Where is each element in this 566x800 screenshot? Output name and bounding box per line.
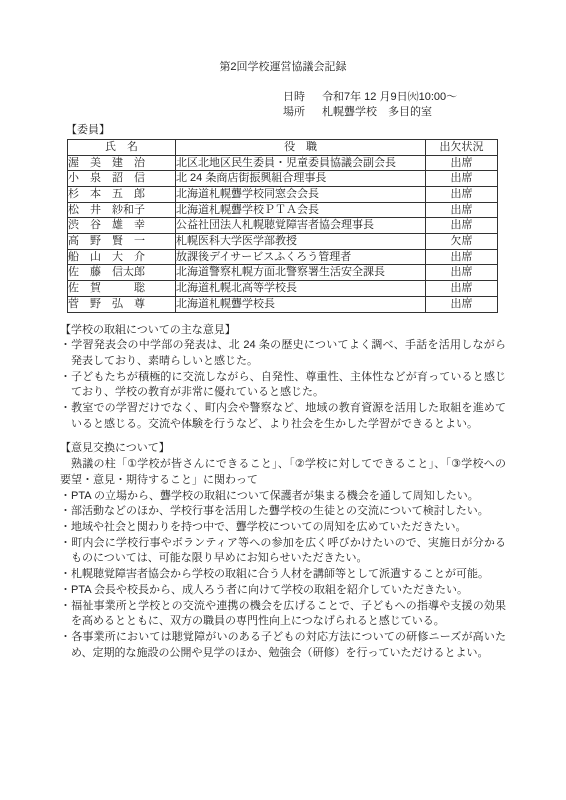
member-name: 渋 谷 雄 幸 [68, 218, 176, 234]
exchange-bullet: 地域や社会と関わりを持つ中で、聾学校についての周知を広めていただきたい。 [60, 520, 506, 536]
committee-section-label: 【委員】 [66, 123, 506, 139]
datetime-value: 令和7年 12 月9日㈫10:00～ [322, 90, 457, 106]
exchange-heading: 【意見交換について】 [60, 441, 506, 457]
member-attendance: 出席 [426, 281, 498, 297]
member-role: 北海道札幌聾学校長 [176, 296, 426, 312]
member-role: 北海道札幌聾学校ＰＴＡ会長 [176, 202, 426, 218]
member-name: 松 井 紗和子 [68, 202, 176, 218]
meta-datetime-line: 日時 令和7年 12 月9日㈫10:00～ [283, 90, 506, 106]
member-name: 小 泉 詔 信 [68, 171, 176, 187]
table-row: 杉 本 五 郎 北海道札幌聾学校同窓会会長 出席 [68, 186, 498, 202]
member-attendance: 欠席 [426, 234, 498, 250]
member-attendance: 出席 [426, 249, 498, 265]
exchange-bullet: PTA の立場から、聾学校の取組について保護者が集まる機会を通して周知したい。 [60, 489, 506, 505]
opinions-list: 学習発表会の中学部の発表は、北 24 条の歴史についてよく調べ、手話を活用しなが… [60, 338, 506, 432]
member-attendance: 出席 [426, 265, 498, 281]
opinions-section: 【学校の取組についての主な意見】 学習発表会の中学部の発表は、北 24 条の歴史… [60, 323, 506, 433]
document-page: 第2回学校運営協議会記録 日時 令和7年 12 月9日㈫10:00～ 場所 札幌… [0, 0, 566, 800]
table-row: 船 山 大 介 放課後デイサービスふくろう管理者 出席 [68, 249, 498, 265]
member-role: 放課後デイサービスふくろう管理者 [176, 249, 426, 265]
member-name: 渥 美 建 治 [68, 155, 176, 171]
member-name: 菅 野 弘 尊 [68, 296, 176, 312]
member-role: 北区北地区民生委員・児童委員協議会副会長 [176, 155, 426, 171]
member-name: 船 山 大 介 [68, 249, 176, 265]
member-role: 公益社団法人札幌聴覚障害者協会理事長 [176, 218, 426, 234]
member-role: 北海道警察札幌方面北警察署生活安全課長 [176, 265, 426, 281]
table-row: 渥 美 建 治 北区北地区民生委員・児童委員協議会副会長 出席 [68, 155, 498, 171]
col-header-name: 氏 名 [68, 139, 176, 155]
exchange-bullet: 町内会に学校行事やボランティア等への参加を広く呼びかけたいので、実施日が分かるも… [60, 536, 506, 567]
opinions-heading: 【学校の取組についての主な意見】 [60, 323, 506, 339]
col-header-attendance: 出欠状況 [426, 139, 498, 155]
exchange-bullet: 部活動などのほか、学校行事を活用した聾学校の生徒との交流について検討したい。 [60, 504, 506, 520]
member-role: 北海道札幌北高等学校長 [176, 281, 426, 297]
member-attendance: 出席 [426, 202, 498, 218]
place-label: 場所 [283, 105, 305, 121]
member-name: 杉 本 五 郎 [68, 186, 176, 202]
member-name: 高 野 賢 一 [68, 234, 176, 250]
exchange-section: 【意見交換について】 熟議の柱「①学校が皆さんにできること」、「②学校に対してで… [60, 441, 506, 661]
member-role: 北 24 条商店街振興組合理事長 [176, 171, 426, 187]
opinion-bullet: 学習発表会の中学部の発表は、北 24 条の歴史についてよく調べ、手話を活用しなが… [60, 338, 506, 369]
table-row: 小 泉 詔 信 北 24 条商店街振興組合理事長 出席 [68, 171, 498, 187]
member-attendance: 出席 [426, 296, 498, 312]
exchange-intro: 熟議の柱「①学校が皆さんにできること」、「②学校に対してできること」、「③学校へ… [60, 457, 506, 488]
exchange-bullet: PTA 会長や校長から、成人ろう者に向けて学校の取組を紹介していただきたい。 [60, 583, 506, 599]
table-row: 菅 野 弘 尊 北海道札幌聾学校長 出席 [68, 296, 498, 312]
page-title: 第2回学校運営協議会記録 [60, 60, 506, 76]
meta-place-line: 場所 札幌聾学校 多目的室 [283, 105, 506, 121]
opinion-bullet: 子どもたちが積極的に交流しながら、自発性、尊重性、主体性などが育っていると感じて… [60, 370, 506, 401]
opinion-bullet: 教室での学習だけでなく、町内会や警察など、地域の教育資源を活用した取組を進めてい… [60, 401, 506, 432]
member-attendance: 出席 [426, 218, 498, 234]
exchange-bullet: 札幌聴覚障害者協会から学校の取組に合う人材を講師等として派遣することが可能。 [60, 567, 506, 583]
member-role: 札幌医科大学医学部教授 [176, 234, 426, 250]
col-header-role: 役 職 [176, 139, 426, 155]
table-row: 渋 谷 雄 幸 公益社団法人札幌聴覚障害者協会理事長 出席 [68, 218, 498, 234]
committee-table: 氏 名 役 職 出欠状況 渥 美 建 治 北区北地区民生委員・児童委員協議会副会… [67, 139, 498, 313]
exchange-bullet: 各事業所においては聴覚障がいのある子どもの対応方法についての研修ニーズが高いため… [60, 630, 506, 661]
table-row: 高 野 賢 一 札幌医科大学医学部教授 欠席 [68, 234, 498, 250]
exchange-bullet: 福祉事業所と学校との交流や連携の機会を広げることで、子どもへの指導や支援の効果を… [60, 599, 506, 630]
table-row: 松 井 紗和子 北海道札幌聾学校ＰＴＡ会長 出席 [68, 202, 498, 218]
place-value: 札幌聾学校 多目的室 [322, 105, 432, 121]
table-header-row: 氏 名 役 職 出欠状況 [68, 139, 498, 155]
member-attendance: 出席 [426, 186, 498, 202]
table-row: 佐 藤 信太郎 北海道警察札幌方面北警察署生活安全課長 出席 [68, 265, 498, 281]
member-name: 佐 賀 聡 [68, 281, 176, 297]
member-attendance: 出席 [426, 155, 498, 171]
member-role: 北海道札幌聾学校同窓会会長 [176, 186, 426, 202]
datetime-label: 日時 [283, 90, 305, 106]
meta-block: 日時 令和7年 12 月9日㈫10:00～ 場所 札幌聾学校 多目的室 [283, 90, 506, 121]
member-name: 佐 藤 信太郎 [68, 265, 176, 281]
table-row: 佐 賀 聡 北海道札幌北高等学校長 出席 [68, 281, 498, 297]
document-body: 第2回学校運営協議会記録 日時 令和7年 12 月9日㈫10:00～ 場所 札幌… [0, 0, 566, 661]
exchange-list: PTA の立場から、聾学校の取組について保護者が集まる機会を通して周知したい。 … [60, 489, 506, 662]
member-attendance: 出席 [426, 171, 498, 187]
